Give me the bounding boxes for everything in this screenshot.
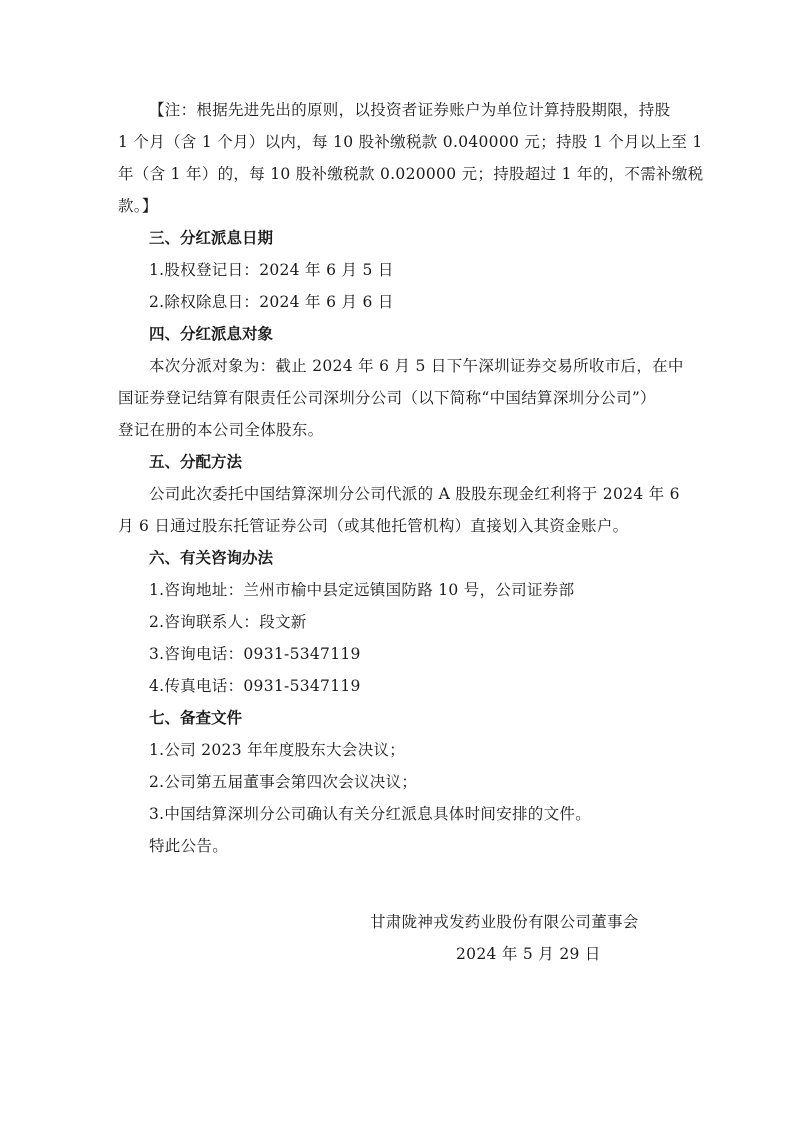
tax-note: 【注：根据先进先出的原则，以投资者证券账户为单位计算持股期限，持股 1 个月（含… (118, 94, 678, 222)
section-contact-info: 六、有关咨询办法 1.咨询地址：兰州市榆中县定远镇国防路 10 号，公司证券部 … (118, 542, 678, 702)
section-heading: 三、分红派息日期 (118, 222, 678, 254)
reference-document: 1.公司 2023 年年度股东大会决议； (118, 734, 678, 766)
section-dividend-dates: 三、分红派息日期 1.股权登记日：2024 年 6 月 5 日 2.除权除息日：… (118, 222, 678, 318)
section-heading: 六、有关咨询办法 (118, 542, 678, 574)
paragraph-line: 本次分派对象为：截止 2024 年 6 月 5 日下午深圳证券交易所收市后，在中 (118, 350, 678, 382)
reference-document: 2.公司第五届董事会第四次会议决议； (118, 766, 678, 798)
record-date: 1.股权登记日：2024 年 6 月 5 日 (118, 254, 678, 286)
section-reference-documents: 七、备查文件 1.公司 2023 年年度股东大会决议； 2.公司第五届董事会第四… (118, 702, 678, 862)
closing-statement: 特此公告。 (118, 830, 678, 862)
paragraph-line: 月 6 日通过股东托管证券公司（或其他托管机构）直接划入其资金账户。 (118, 510, 678, 542)
note-line: 年（含 1 年）的，每 10 股补缴税款 0.020000 元；持股超过 1 年… (118, 158, 678, 190)
paragraph-line: 国证券登记结算有限责任公司深圳分公司（以下简称“中国结算深圳分公司”） (118, 382, 678, 414)
note-line: 1 个月（含 1 个月）以内，每 10 股补缴税款 0.040000 元；持股 … (118, 126, 678, 158)
note-line: 款。】 (118, 190, 678, 222)
ex-dividend-date: 2.除权除息日：2024 年 6 月 6 日 (118, 286, 678, 318)
paragraph-line: 登记在册的本公司全体股东。 (118, 414, 678, 446)
signature-date: 2024 年 5 月 29 日 (370, 938, 670, 970)
contact-person: 2.咨询联系人：段文新 (118, 606, 678, 638)
section-heading: 五、分配方法 (118, 446, 678, 478)
section-heading: 四、分红派息对象 (118, 318, 678, 350)
signature-organization: 甘肃陇神戎发药业股份有限公司董事会 (370, 906, 670, 938)
paragraph-line: 公司此次委托中国结算深圳分公司代派的 A 股股东现金红利将于 2024 年 6 (118, 478, 678, 510)
section-heading: 七、备查文件 (118, 702, 678, 734)
signature-block: 甘肃陇神戎发药业股份有限公司董事会 2024 年 5 月 29 日 (370, 906, 670, 970)
reference-document: 3.中国结算深圳分公司确认有关分红派息具体时间安排的文件。 (118, 798, 678, 830)
contact-fax: 4.传真电话：0931-5347119 (118, 670, 678, 702)
section-distribution-method: 五、分配方法 公司此次委托中国结算深圳分公司代派的 A 股股东现金红利将于 20… (118, 446, 678, 542)
contact-address: 1.咨询地址：兰州市榆中县定远镇国防路 10 号，公司证券部 (118, 574, 678, 606)
section-dividend-recipients: 四、分红派息对象 本次分派对象为：截止 2024 年 6 月 5 日下午深圳证券… (118, 318, 678, 446)
note-line: 【注：根据先进先出的原则，以投资者证券账户为单位计算持股期限，持股 (118, 94, 678, 126)
document-page: 【注：根据先进先出的原则，以投资者证券账户为单位计算持股期限，持股 1 个月（含… (118, 94, 678, 862)
contact-phone: 3.咨询电话：0931-5347119 (118, 638, 678, 670)
